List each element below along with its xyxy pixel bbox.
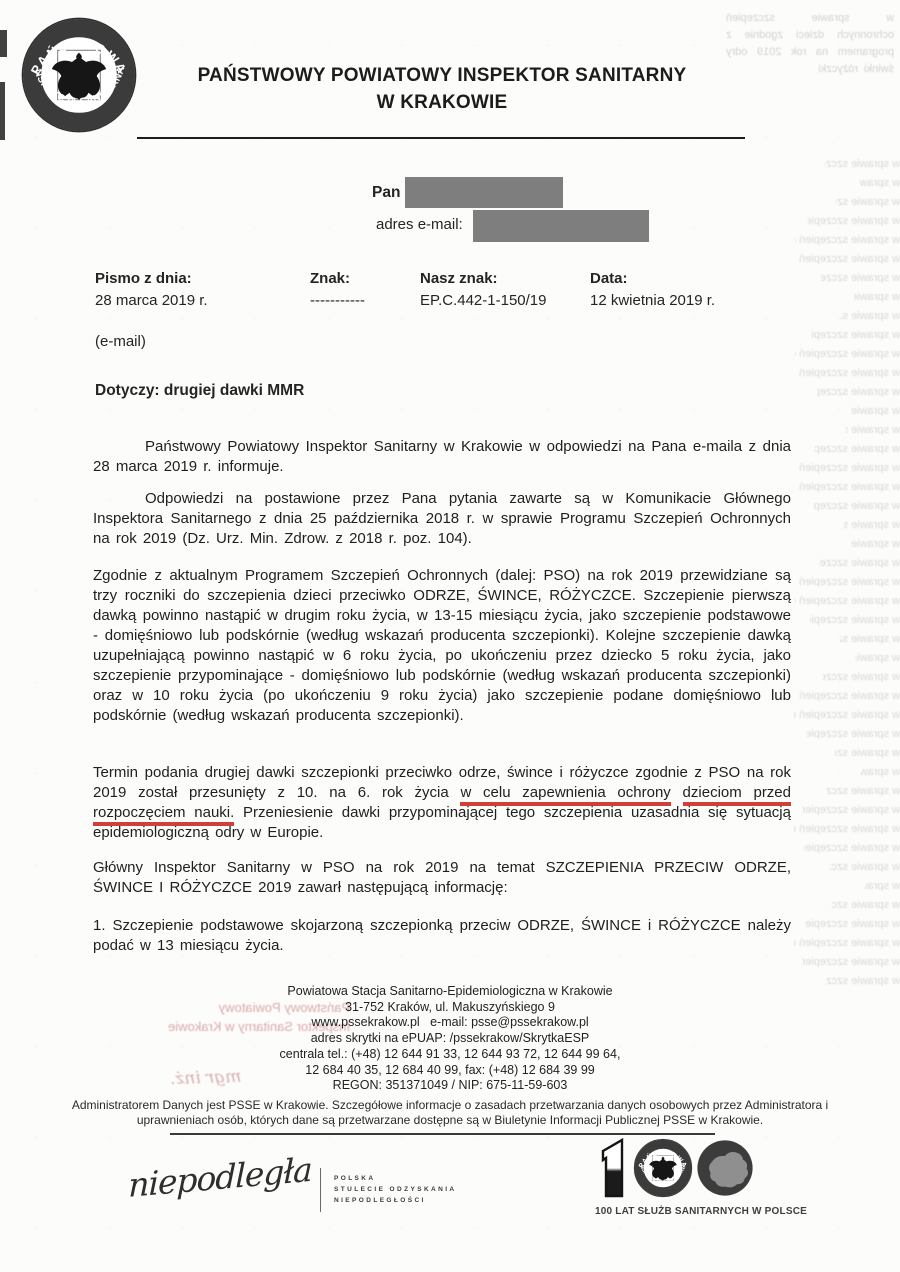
letterhead-title: PAŃSTWOWY POWIATOWY INSPEKTOR SANITARNY …	[137, 62, 747, 116]
contact-line-phones-1: centrala tel.: (+48) 12 644 91 33, 12 64…	[80, 1047, 820, 1063]
paragraph-2: Odpowiedzi na postawione przez Pana pyta…	[93, 489, 791, 549]
contact-line-regon-nip: REGON: 351371049 / NIP: 675-11-59-603	[80, 1078, 820, 1094]
redacted-name-box	[405, 177, 563, 208]
independence-caption-line1: POLSKA	[334, 1173, 457, 1184]
email-label: adres e-mail:	[376, 216, 463, 233]
ref-label: Pismo z dnia:	[95, 270, 310, 287]
ref-col-data: Data: 12 kwietnia 2019 r.	[590, 270, 715, 309]
independence-caption: POLSKA STULECIE ODZYSKANIA NIEPODLEGŁOŚC…	[334, 1173, 457, 1206]
ref-value: -----------	[310, 292, 420, 309]
ref-value: 12 kwietnia 2019 r.	[590, 292, 715, 309]
scanned-letter-page: PAŃSTWOWA INSPEKCJA SANITARNA w sprawie …	[0, 0, 900, 1272]
independence-caption-line3: NIEPODLEGŁOŚCI	[334, 1195, 457, 1206]
paragraph-3: Zgodnie z aktualnym Programem Szczepień …	[93, 566, 791, 726]
scan-edge-artifact	[0, 30, 7, 57]
contact-line-web-email: www.pssekrakow.pl e-mail: psse@pssekrako…	[80, 1015, 820, 1031]
channel-note: (e-mail)	[95, 333, 146, 350]
seal-zero-glyph	[633, 1138, 693, 1198]
contact-line-epuap: adres skrytki na ePUAP: /pssekrakow/Skry…	[80, 1031, 820, 1047]
red-underlined-text-1: w celu zapewnienia ochrony	[460, 784, 670, 806]
ref-col-pismo: Pismo z dnia: 28 marca 2019 r.	[95, 270, 310, 309]
ref-col-nasz-znak: Nasz znak: EP.C.442-1-150/19	[420, 270, 590, 309]
contact-line-phones-2: 12 684 40 35, 12 684 40 99, fax: (+48) 1…	[80, 1063, 820, 1079]
ref-col-znak: Znak: -----------	[310, 270, 420, 309]
redacted-email-box	[473, 210, 649, 242]
digit-one-glyph	[597, 1137, 631, 1199]
sanitary-inspection-seal-logo	[20, 16, 138, 134]
ref-label: Znak:	[310, 270, 420, 287]
contact-line-address: 31-752 Kraków, ul. Makuszyńskiego 9	[80, 1000, 820, 1016]
scan-edge-artifact	[0, 82, 5, 140]
signature-separator	[320, 1168, 321, 1212]
paragraph-4-space	[671, 784, 683, 801]
independence-caption-line2: STULECIE ODZYSKANIA	[334, 1184, 457, 1195]
letterhead-title-line1: PAŃSTWOWY POWIATOWY INSPEKTOR SANITARNY	[137, 62, 747, 89]
poland-map-zero-glyph	[695, 1138, 755, 1198]
niepodlegla-signature-logo: niepodległa	[128, 1150, 308, 1205]
ref-value: 28 marca 2019 r.	[95, 292, 310, 309]
contact-block: Powiatowa Stacja Sanitarno-Epidemiologic…	[80, 984, 820, 1094]
paragraph-1: Państwowy Powiatowy Inspektor Sanitarny …	[93, 437, 791, 477]
addressee-salutation: Pan	[372, 184, 400, 202]
centenary-100-logo	[597, 1136, 773, 1200]
ref-value: EP.C.442-1-150/19	[420, 292, 590, 309]
footer-divider	[170, 1133, 715, 1135]
data-administrator-note: Administratorem Danych jest PSSE w Krako…	[70, 1098, 830, 1128]
bleedthrough-text-top: w sprawie szczepień ochronnych dzieci zg…	[726, 10, 894, 150]
paragraph-6: 1. Szczepienie podstawowe skojarzoną szc…	[93, 916, 791, 956]
letterhead-title-line2: W KRAKOWIE	[137, 89, 747, 116]
header-divider	[137, 137, 745, 139]
reference-row: Pismo z dnia: 28 marca 2019 r. Znak: ---…	[95, 270, 805, 309]
ref-label: Nasz znak:	[420, 270, 590, 287]
subject-line: Dotyczy: drugiej dawki MMR	[95, 382, 304, 400]
paragraph-5: Główny Inspektor Sanitarny w PSO na rok …	[93, 858, 791, 898]
ref-label: Data:	[590, 270, 715, 287]
paragraph-4: Termin podania drugiej dawki szczepionki…	[93, 763, 791, 843]
centenary-caption: 100 LAT SŁUŻB SANITARNYCH W POLSCE	[595, 1206, 777, 1217]
contact-line-station: Powiatowa Stacja Sanitarno-Epidemiologic…	[80, 984, 820, 1000]
